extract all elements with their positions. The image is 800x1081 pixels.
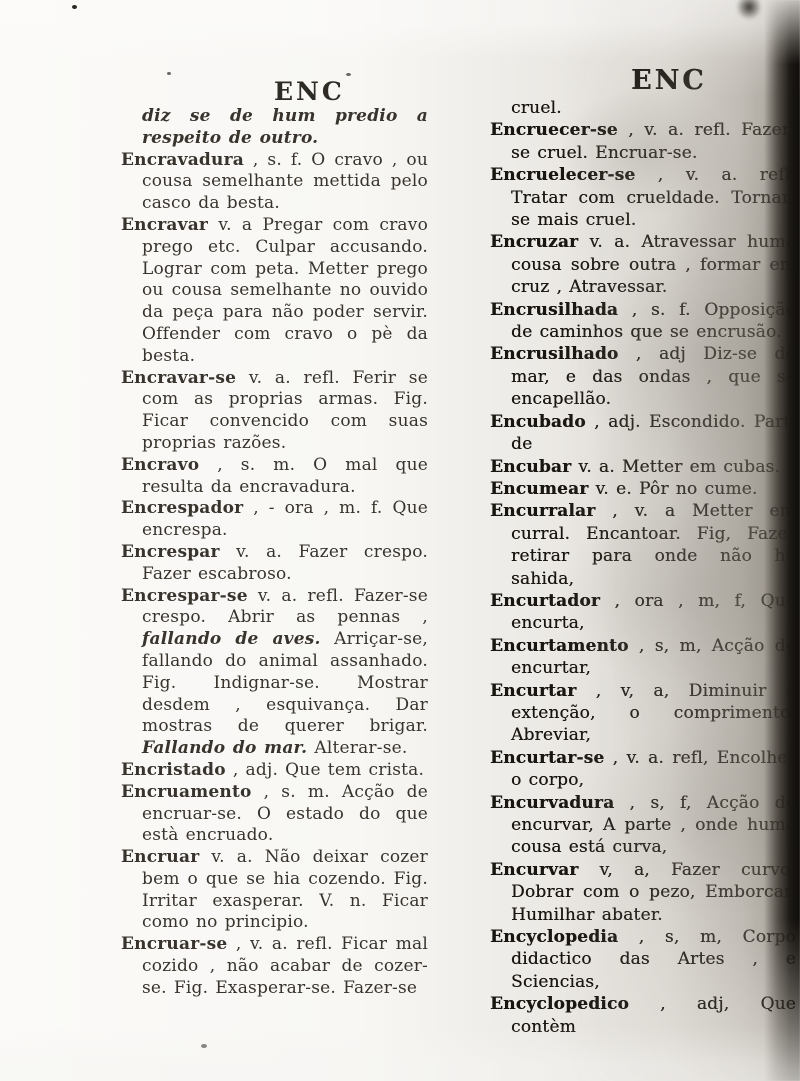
dictionary-entry: Encurralar , v. a Metter em curral. Enca… bbox=[490, 500, 796, 590]
entry-headword: Encubar bbox=[490, 457, 571, 477]
dictionary-entry: Encravar-se v. a. refl. Ferir se com as … bbox=[121, 368, 428, 455]
entry-headword: Encurvadura bbox=[490, 793, 614, 813]
dictionary-entry: Encrusilhada , s. f. Opposição de caminh… bbox=[490, 299, 796, 344]
dictionary-entry: Encruelecer-se , v. a. refl. Tratar com … bbox=[490, 164, 796, 231]
entry-text: Alterar-se. bbox=[307, 738, 407, 758]
italic-phrase: Fallando do mar. bbox=[142, 738, 307, 758]
dictionary-entry: Encurtamento , s, m, Acção de encurtar, bbox=[490, 635, 796, 680]
ink-speck bbox=[201, 1044, 207, 1048]
dictionary-entry: Encubar v. a. Metter em cubas. bbox=[490, 456, 796, 478]
entry-text: , adj. Que tem crista. bbox=[226, 760, 424, 780]
entry-headword: Encravar-se bbox=[121, 368, 236, 388]
ink-speck bbox=[346, 73, 351, 76]
entry-headword: Encrusilhado bbox=[490, 344, 618, 364]
entry-text: v. a. Metter em cubas. bbox=[571, 457, 780, 477]
dictionary-entry: Encruar v. a. Não deixar cozer bem o que… bbox=[121, 847, 428, 934]
italic-phrase: fallando de aves. bbox=[142, 629, 321, 649]
entry-headword: Encruecer-se bbox=[490, 120, 618, 140]
dictionary-entry: Encurtador , ora , m, f, Que encurta, bbox=[490, 590, 796, 635]
entry-headword: Encruelecer-se bbox=[490, 165, 635, 185]
continuation-text: diz se de hum predio a respeito de outro… bbox=[121, 106, 428, 150]
italic-phrase: diz se de hum predio a respeito de outro… bbox=[142, 106, 428, 148]
entry-headword: Encurvar bbox=[490, 860, 578, 880]
entry-headword: Encruar bbox=[121, 847, 199, 867]
entry-headword: Encruzar bbox=[490, 232, 578, 252]
entry-headword: Encruamento bbox=[121, 782, 252, 802]
dictionary-entry: Encrespador , - ora , m. f. Que encrespa… bbox=[121, 498, 428, 542]
dictionary-entry: Encurvar v, a, Fazer curvo, Dobrar com o… bbox=[490, 859, 796, 926]
entry-headword: Encravadura bbox=[121, 150, 244, 170]
ink-speck bbox=[72, 5, 77, 9]
entry-headword: Encubado bbox=[490, 412, 586, 432]
dictionary-entry: Encravo , s. m. O mal que resulta da enc… bbox=[121, 455, 428, 499]
dictionary-entry: Encruar-se , v. a. refl. Ficar mal cozid… bbox=[121, 934, 428, 999]
entry-headword: Encrespar-se bbox=[121, 586, 248, 606]
entry-headword: Encristado bbox=[121, 760, 226, 780]
running-head-left: ENC bbox=[274, 79, 345, 104]
entry-headword: Encravo bbox=[121, 455, 199, 475]
ink-speck bbox=[167, 72, 171, 75]
running-head-right: ENC bbox=[631, 67, 707, 94]
dictionary-entry: Encyclopedico , adj, Que contèm bbox=[490, 993, 796, 1038]
dictionary-entry: Encrusilhado , adj Diz-se do mar, e das … bbox=[490, 343, 796, 410]
entry-headword: Encrespar bbox=[121, 542, 220, 562]
entry-text: v. e. Pôr no cume. bbox=[588, 479, 757, 499]
entry-headword: Encrusilhada bbox=[490, 300, 618, 320]
dictionary-entry: Encyclopedia , s, m, Corpo didactico das… bbox=[490, 926, 796, 993]
entry-text: cruel. bbox=[511, 98, 562, 118]
ink-blotch bbox=[736, 0, 762, 20]
text-column-left: diz se de hum predio a respeito de outro… bbox=[121, 106, 428, 1000]
entry-headword: Encravar bbox=[121, 215, 208, 235]
entry-headword: Encrespador bbox=[121, 498, 243, 518]
continuation-text: cruel. bbox=[490, 97, 796, 119]
scanned-dictionary-page: ENC ENC diz se de hum predio a respeito … bbox=[0, 0, 800, 1081]
dictionary-entry: Encrespar-se v. a. refl. Fazer-se crespo… bbox=[121, 586, 428, 760]
entry-headword: Encyclopedico bbox=[490, 994, 629, 1014]
dictionary-entry: Encrespar v. a. Fazer crespo. Fazer esca… bbox=[121, 542, 428, 586]
dictionary-entry: Encristado , adj. Que tem crista. bbox=[121, 760, 428, 782]
entry-headword: Encyclopedia bbox=[490, 927, 618, 947]
entry-headword: Encurralar bbox=[490, 501, 595, 521]
entry-headword: Encurtador bbox=[490, 591, 600, 611]
dictionary-entry: Encurtar-se , v. a. refl, Encolher o cor… bbox=[490, 747, 796, 792]
text-column-right: cruel.Encruecer-se , v. a. refl. Fazer-s… bbox=[490, 97, 796, 1038]
entry-headword: Encurtar bbox=[490, 681, 576, 701]
entry-headword: Encurtar-se bbox=[490, 748, 604, 768]
dictionary-entry: Encurvadura , s, f, Acção de encurvar, A… bbox=[490, 792, 796, 859]
entry-headword: Encumear bbox=[490, 479, 588, 499]
entry-headword: Encurtamento bbox=[490, 636, 629, 656]
entry-text: v. a Pregar com cravo prego etc. Culpar … bbox=[142, 215, 428, 366]
dictionary-entry: Encumear v. e. Pôr no cume. bbox=[490, 478, 796, 500]
dictionary-entry: Encubado , adj. Escondido. Part. de bbox=[490, 411, 796, 456]
dictionary-entry: Encravadura , s. f. O cravo , ou cousa s… bbox=[121, 150, 428, 215]
entry-headword: Encruar-se bbox=[121, 934, 227, 954]
dictionary-entry: Encruecer-se , v. a. refl. Fazer-se crue… bbox=[490, 119, 796, 164]
dictionary-entry: Encurtar , v, a, Diminuir a extenção, o … bbox=[490, 680, 796, 747]
dictionary-entry: Encruamento , s. m. Acção de encruar-se.… bbox=[121, 782, 428, 847]
dictionary-entry: Encravar v. a Pregar com cravo prego etc… bbox=[121, 215, 428, 368]
dictionary-entry: Encruzar v. a. Atravessar huma cousa sob… bbox=[490, 231, 796, 298]
